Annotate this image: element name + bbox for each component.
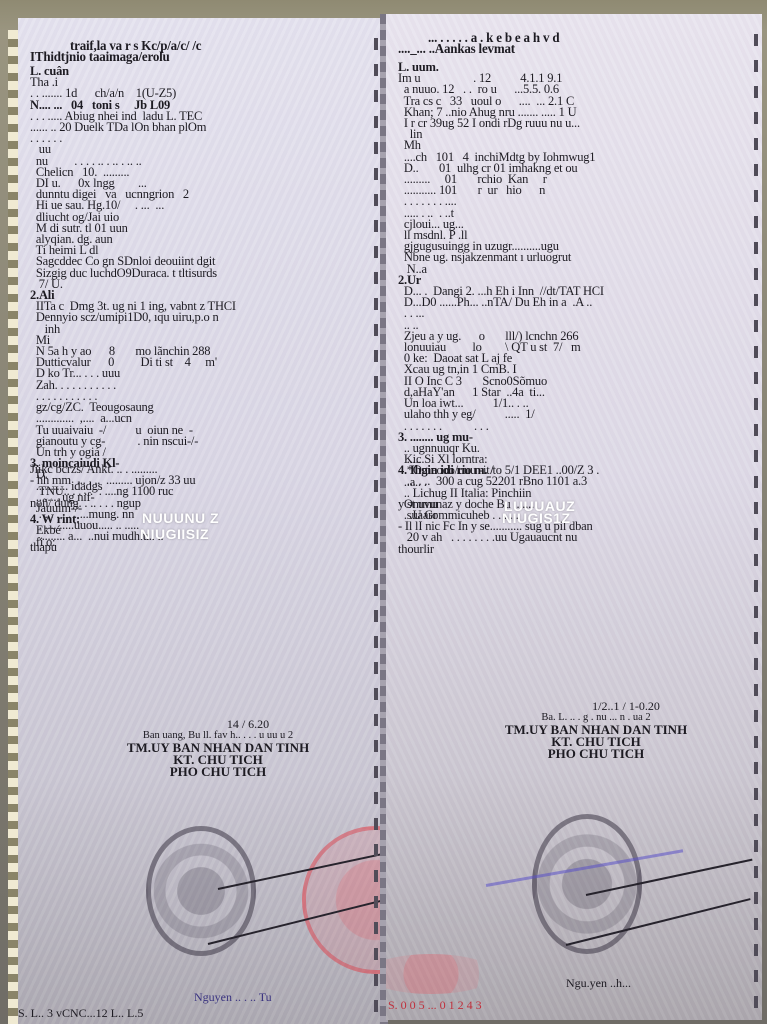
- right-header: ... . . . . . a . k e b e a h v d ...._.…: [398, 32, 754, 54]
- document-line: N..a: [398, 263, 754, 275]
- document-line: inh: [30, 323, 374, 335]
- watermark-top: NUUUNU Z: [142, 510, 219, 526]
- document-line: Dennyio scz/umipi1D0, ıqu uiru,p.o n: [30, 312, 374, 324]
- sign-org-3: PHO CHU TICH: [476, 748, 716, 760]
- sign-date: 1/2..1 / 1-0.20: [476, 700, 716, 712]
- right-header-line-2: ...._... ..Aankas levmat: [398, 43, 754, 55]
- document-line: L. cuân: [30, 66, 374, 78]
- left-header-line-2: IThidtjnio taaimaga/erolu: [30, 51, 374, 63]
- document-line: Sizgig duc luchdO9Duraca. t tltisurds: [30, 267, 374, 279]
- signer-name: Nguyen .. . .. Tu: [194, 990, 272, 1005]
- watermark: NIUGIISIZ: [140, 526, 209, 542]
- left-header: traif,la va r s Kc/p/a/c/ /c IThidtjnio …: [30, 40, 374, 62]
- registration-number: S. 0 0 5 ... 0 1 2 4 3: [388, 998, 482, 1013]
- right-page: ... . . . . . a . k e b e a h v d ...._.…: [386, 14, 762, 1020]
- signer-name: Ngu.yen ..h...: [566, 976, 631, 991]
- right-body-lines: L. uum.Im u . 12 4.1.1 9.1 a nuuo. 12 . …: [398, 62, 754, 521]
- document-line: thapu: [30, 542, 374, 554]
- document-line: 7/ U.: [30, 279, 374, 291]
- document-line: . . ...: [398, 308, 754, 320]
- binding-perforation: [8, 30, 18, 1024]
- left-signature-block: 14 / 6.20 Ban uang, Bu ll. fav h.. . . .…: [108, 718, 328, 778]
- document-line: ...... .. 20 Duelk TDa lOn bhan plOm: [30, 122, 374, 134]
- sign-date: 14 / 6.20: [108, 718, 328, 730]
- document-line: thourlir: [398, 543, 754, 555]
- red-seal: [302, 826, 382, 974]
- document-line: Nbne ug. nsjakzenmant ı urluogrut: [398, 252, 754, 264]
- official-seal: [532, 814, 642, 954]
- page-edge-marks: [754, 34, 758, 1014]
- document-line: I r cr 39ug 52 I ondi rDg ruuu nu u...: [398, 118, 754, 130]
- page-edge-marks: [374, 38, 378, 1018]
- sign-org-3: PHO CHU TICH: [108, 766, 328, 778]
- red-stamp-fragment: [386, 954, 496, 994]
- right-notes: ...... *Omeooo/uuu -it to 5/1 DEE1 ..00/…: [398, 454, 754, 555]
- registration-number: S. L.. 3 vCNC...12 L.. L.5: [18, 1006, 143, 1021]
- watermark: NIUGIS1Z: [502, 510, 571, 526]
- right-signature-block: 1/2..1 / 1-0.20 Ba. L. .. . g . nu ... n…: [476, 700, 716, 760]
- left-page: traif,la va r s Kc/p/a/c/ /c IThidtjnio …: [18, 18, 382, 1024]
- document-line: 20 v ah . . . . . . . .uu Ugauaucnt nu: [398, 532, 754, 544]
